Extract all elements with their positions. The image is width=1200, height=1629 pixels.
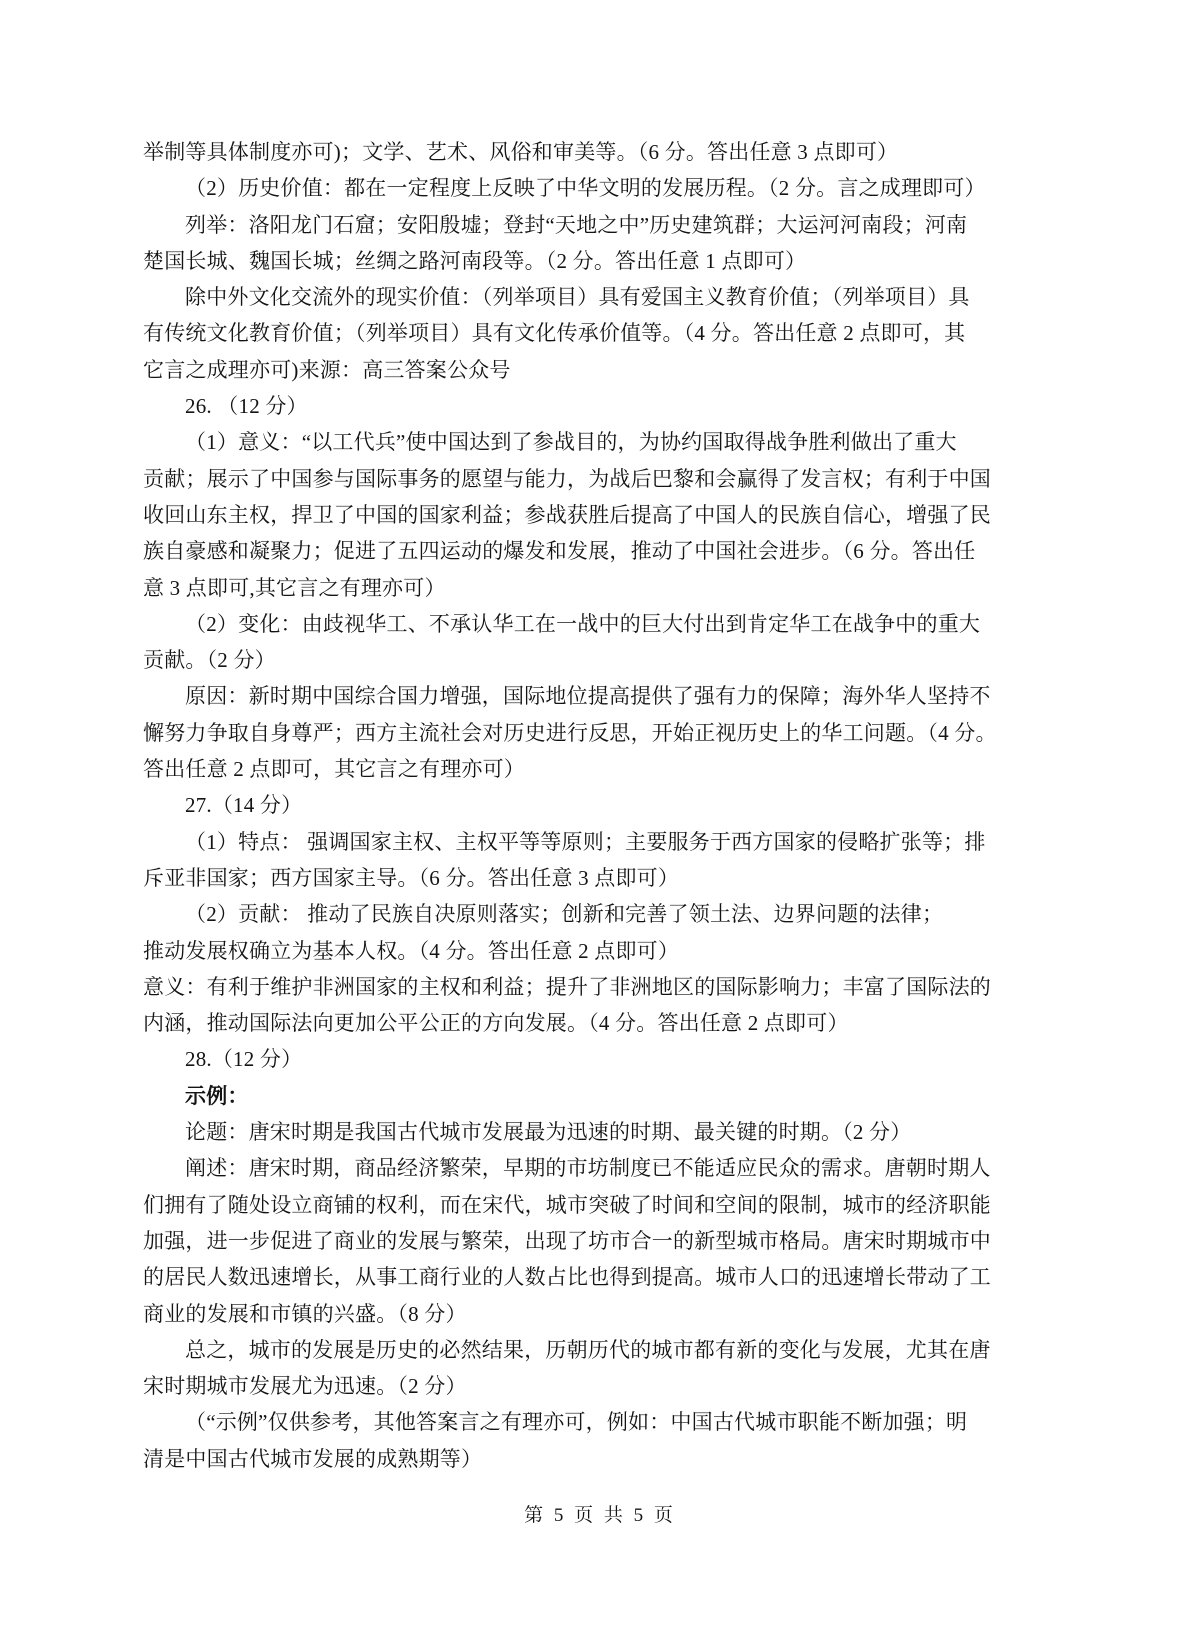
text-line: （1）特点： 强调国家主权、主权平等等原则；主要服务于西方国家的侵略扩张等；排 (143, 824, 1060, 860)
text-line: 答出任意 2 点即可，其它言之有理亦可） (143, 751, 1060, 787)
text-line: 懈努力争取自身尊严；西方主流社会对历史进行反思，开始正视历史上的华工问题。（4 … (143, 715, 1060, 751)
text-line: 意 3 点即可,其它言之有理亦可） (143, 570, 1060, 606)
text-line: 原因：新时期中国综合国力增强，国际地位提高提供了强有力的保障；海外华人坚持不 (143, 678, 1060, 714)
text-line: 有传统文化教育价值；（列举项目）具有文化传承价值等。（4 分。答出任意 2 点即… (143, 315, 1060, 351)
text-line: 的居民人数迅速增长，从事工商行业的人数占比也得到提高。城市人口的迅速增长带动了工 (143, 1259, 1060, 1295)
text-line: 们拥有了随处设立商铺的权利，而在宋代，城市突破了时间和空间的限制，城市的经济职能 (143, 1187, 1060, 1223)
text-line: 列举：洛阳龙门石窟；安阳殷墟；登封“天地之中”历史建筑群；大运河河南段；河南 (143, 207, 1060, 243)
text-line: 总之，城市的发展是历史的必然结果，历朝历代的城市都有新的变化与发展，尤其在唐 (143, 1332, 1060, 1368)
text-line: 贡献。（2 分） (143, 642, 1060, 678)
text-line: （2）贡献： 推动了民族自决原则落实；创新和完善了领土法、边界问题的法律； (143, 896, 1060, 932)
text-line: 内涵，推动国际法向更加公平公正的方向发展。（4 分。答出任意 2 点即可） (143, 1005, 1060, 1041)
text-line: 斥亚非国家；西方国家主导。（6 分。答出任意 3 点即可） (143, 860, 1060, 896)
text-line: 论题：唐宋时期是我国古代城市发展最为迅速的时期、最关键的时期。（2 分） (143, 1114, 1060, 1150)
text-line: （2）变化：由歧视华工、不承认华工在一战中的巨大付出到肯定华工在战争中的重大 (143, 606, 1060, 642)
text-line: 除中外文化交流外的现实价值：（列举项目）具有爱国主义教育价值；（列举项目）具 (143, 279, 1060, 315)
document-page: 举制等具体制度亦可)；文学、艺术、风俗和审美等。（6 分。答出任意 3 点即可）… (0, 0, 1200, 1629)
text-line: （2）历史价值：都在一定程度上反映了中华文明的发展历程。（2 分。言之成理即可） (143, 170, 1060, 206)
text-line: 意义：有利于维护非洲国家的主权和利益；提升了非洲地区的国际影响力；丰富了国际法的 (143, 969, 1060, 1005)
text-line: 商业的发展和市镇的兴盛。（8 分） (143, 1296, 1060, 1332)
text-line: 加强，进一步促进了商业的发展与繁荣，出现了坊市合一的新型城市格局。唐宋时期城市中 (143, 1223, 1060, 1259)
text-line: （1）意义：“以工代兵”使中国达到了参战目的，为协约国取得战争胜利做出了重大 (143, 424, 1060, 460)
text-line: 清是中国古代城市发展的成熟期等） (143, 1441, 1060, 1477)
text-line: 27.（14 分） (143, 787, 1060, 823)
text-line: 26. （12 分） (143, 388, 1060, 424)
text-line: 楚国长城、魏国长城；丝绸之路河南段等。（2 分。答出任意 1 点即可） (143, 243, 1060, 279)
text-line: 收回山东主权，捍卫了中国的国家利益；参战获胜后提高了中国人的民族自信心，增强了民 (143, 497, 1060, 533)
text-line: 示例： (143, 1078, 1060, 1114)
text-line: 贡献；展示了中国参与国际事务的愿望与能力，为战后巴黎和会赢得了发言权；有利于中国 (143, 461, 1060, 497)
text-line: 举制等具体制度亦可)；文学、艺术、风俗和审美等。（6 分。答出任意 3 点即可） (143, 134, 1060, 170)
text-line: 阐述：唐宋时期，商品经济繁荣，早期的市坊制度已不能适应民众的需求。唐朝时期人 (143, 1150, 1060, 1186)
text-line: 28.（12 分） (143, 1041, 1060, 1077)
text-line: 宋时期城市发展尤为迅速。（2 分） (143, 1368, 1060, 1404)
text-line: 它言之成理亦可)来源：高三答案公众号 (143, 352, 1060, 388)
text-line: （“示例”仅供参考，其他答案言之有理亦可，例如：中国古代城市职能不断加强；明 (143, 1404, 1060, 1440)
text-line: 推动发展权确立为基本人权。（4 分。答出任意 2 点即可） (143, 933, 1060, 969)
document-body: 举制等具体制度亦可)；文学、艺术、风俗和审美等。（6 分。答出任意 3 点即可）… (143, 134, 1060, 1477)
text-line: 族自豪感和凝聚力；促进了五四运动的爆发和发展，推动了中国社会进步。（6 分。答出… (143, 533, 1060, 569)
page-footer: 第 5 页 共 5 页 (0, 1500, 1200, 1527)
